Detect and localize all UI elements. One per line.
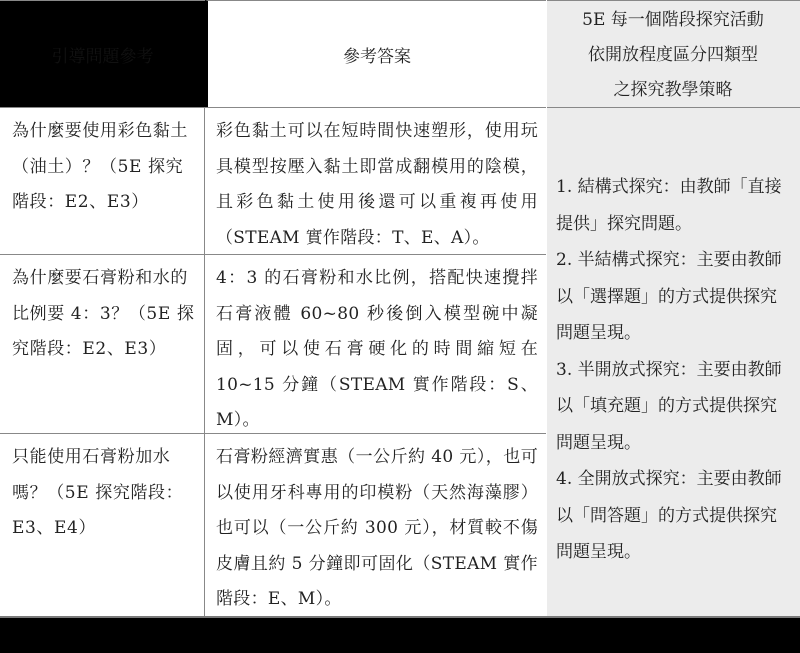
header-guiding-questions: 引導問題參考 — [0, 0, 205, 108]
divider-header — [0, 107, 800, 108]
header-5e-strategies: 5E 每一個階段探究活動 依開放程度區分四類型 之探究教學策略 — [546, 0, 800, 108]
bottom-band — [0, 616, 800, 653]
row-3-question: 只能使用石膏粉加水嗎？（5E 探究階段：E3、E4） — [0, 434, 205, 616]
strategy-list: 1. 結構式探究：由教師「直接提供」探究問題。 2. 半結構式探究：主要由教師以… — [546, 108, 800, 616]
divider-col-1 — [204, 108, 205, 616]
divider-row-1 — [0, 254, 546, 255]
row-2-question: 為什麼要石膏粉和水的比例要 4：3？（5E 探究階段：E2、E3） — [0, 255, 205, 434]
row-3-answer: 石膏粉經濟實惠（一公斤約 40 元），也可以使用牙科專用的印模粉（天然海藻膠）也… — [205, 434, 546, 616]
row-1-question: 為什麼要使用彩色黏土（油土）？（5E 探究階段：E2、E3） — [0, 108, 205, 255]
header-reference-answers: 參考答案 — [205, 0, 546, 108]
divider-row-2 — [0, 433, 546, 434]
inquiry-strategy-table: 引導問題參考 參考答案 5E 每一個階段探究活動 依開放程度區分四類型 之探究教… — [0, 0, 800, 616]
header-5e-line-1: 5E 每一個階段探究活動 — [582, 3, 764, 38]
row-1-answer: 彩色黏土可以在短時間快速塑形，使用玩具模型按壓入黏土即當成翻模用的陰模，且彩色黏… — [205, 108, 546, 255]
header-5e-line-3: 之探究教學策略 — [614, 73, 733, 108]
header-5e-line-2: 依開放程度區分四類型 — [588, 38, 758, 73]
divider-col-2 — [546, 0, 547, 616]
strategy-item-semi-open: 3. 半開放式探究：主要由教師以「填充題」的方式提供探究問題呈現。 — [556, 352, 792, 462]
strategy-item-semi-structured: 2. 半結構式探究：主要由教師以「選擇題」的方式提供探究問題呈現。 — [556, 242, 792, 352]
strategy-item-structured: 1. 結構式探究：由教師「直接提供」探究問題。 — [556, 169, 792, 242]
row-2-answer: 4：3 的石膏粉和水比例，搭配快速攪拌石膏液體 60~80 秒後倒入模型碗中凝固… — [205, 255, 546, 434]
strategy-item-fully-open: 4. 全開放式探究：主要由教師以「問答題」的方式提供探究問題呈現。 — [556, 461, 792, 571]
